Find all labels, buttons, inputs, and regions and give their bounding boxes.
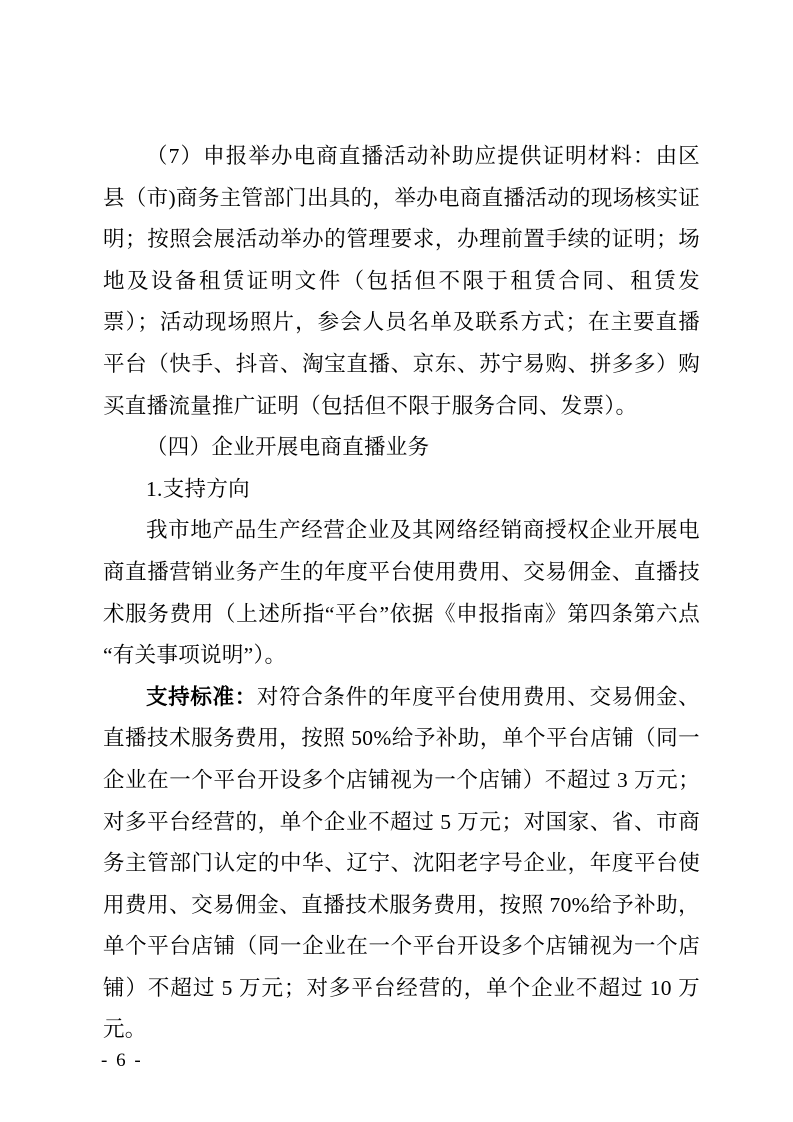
heading-section-four: （四）企业开展电商直播业务 <box>103 427 700 469</box>
heading-support-direction: 1.支持方向 <box>103 469 700 511</box>
page-number: - 6 - <box>101 1050 143 1071</box>
document-body: （7）申报举办电商直播活动补助应提供证明材料：由区县（市)商务主管部门出具的，举… <box>103 136 700 1051</box>
support-standard-text: 对符合条件的年度平台使用费用、交易佣金、直播技术服务费用，按照 50%给予补助，… <box>103 685 700 1042</box>
paragraph-item7-certification-materials: （7）申报举办电商直播活动补助应提供证明材料：由区县（市)商务主管部门出具的，举… <box>103 136 700 427</box>
support-standard-label: 支持标准： <box>146 685 257 709</box>
page-footer: - 6 - <box>101 1050 143 1072</box>
document-page: （7）申报举办电商直播活动补助应提供证明材料：由区县（市)商务主管部门出具的，举… <box>0 0 793 1122</box>
paragraph-support-direction: 我市地产品生产经营企业及其网络经销商授权企业开展电商直播营销业务产生的年度平台使… <box>103 510 700 676</box>
paragraph-support-standard: 支持标准：对符合条件的年度平台使用费用、交易佣金、直播技术服务费用，按照 50%… <box>103 677 700 1051</box>
